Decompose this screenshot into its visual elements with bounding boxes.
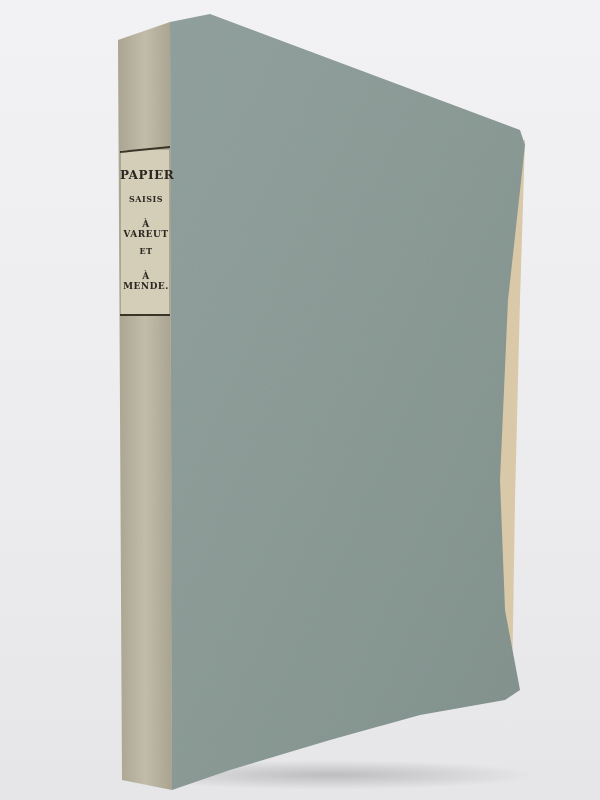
book-illustration [0,0,600,800]
spine-label-line-2: SAISIS [120,194,172,204]
spine-label-line-4: ET [120,246,172,256]
spine-label-line-3: À VAREUT [120,220,172,240]
spine-label-line-1: PAPIER [120,168,172,182]
photo-scene: PAPIER SAISIS À VAREUT ET À MENDE. [0,0,600,800]
spine-label-line-5: À MENDE. [120,272,172,292]
